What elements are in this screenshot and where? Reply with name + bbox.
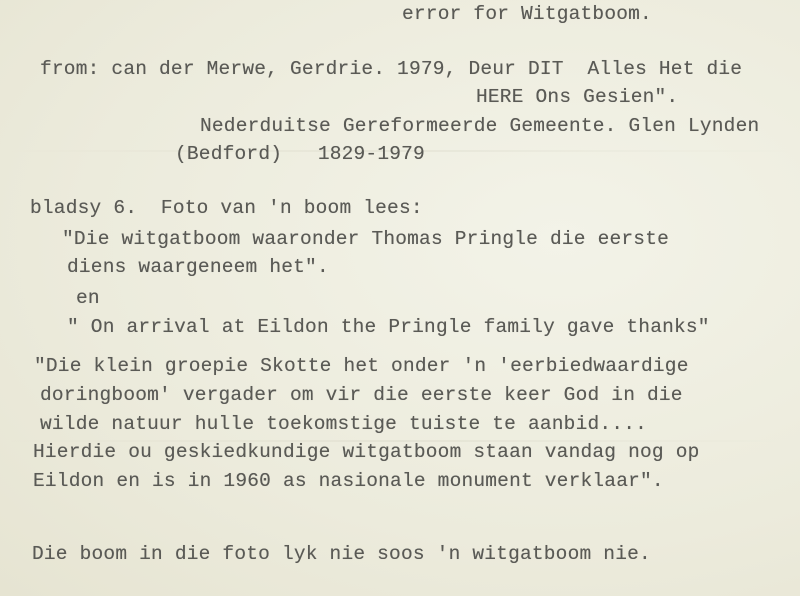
text-line-quote-3a: "Die klein groepie Skotte het onder 'n '… — [34, 357, 689, 377]
text-line-place-years: (Bedford) 1829-1979 — [175, 145, 425, 165]
text-line-quote-3b: doringboom' vergader om vir die eerste k… — [40, 386, 683, 406]
text-line-conclusion: Die boom in die foto lyk nie soos 'n wit… — [32, 545, 651, 565]
text-line-quote-3d: Hierdie ou geskiedkundige witgatboom sta… — [33, 443, 700, 463]
text-line-and: en — [76, 289, 100, 309]
text-line-quote-3e: Eildon en is in 1960 as nasionale monume… — [33, 472, 664, 492]
text-line-citation: from: can der Merwe, Gerdrie. 1979, Deur… — [40, 60, 742, 80]
text-line-quote-1-end: diens waargeneem het". — [67, 258, 329, 278]
text-line-citation-title-end: HERE Ons Gesien". — [476, 88, 678, 108]
text-line-page-ref: bladsy 6. Foto van 'n boom lees: — [30, 199, 423, 219]
text-line-quote-3c: wilde natuur hulle toekomstige tuiste te… — [40, 415, 647, 435]
text-line-quote-1: "Die witgatboom waaronder Thomas Pringle… — [62, 230, 669, 250]
text-line-publisher: Nederduitse Gereformeerde Gemeente. Glen… — [200, 117, 759, 137]
text-line-quote-2: " On arrival at Eildon the Pringle famil… — [67, 318, 710, 338]
text-line-error-note: error for Witgatboom. — [402, 5, 652, 25]
